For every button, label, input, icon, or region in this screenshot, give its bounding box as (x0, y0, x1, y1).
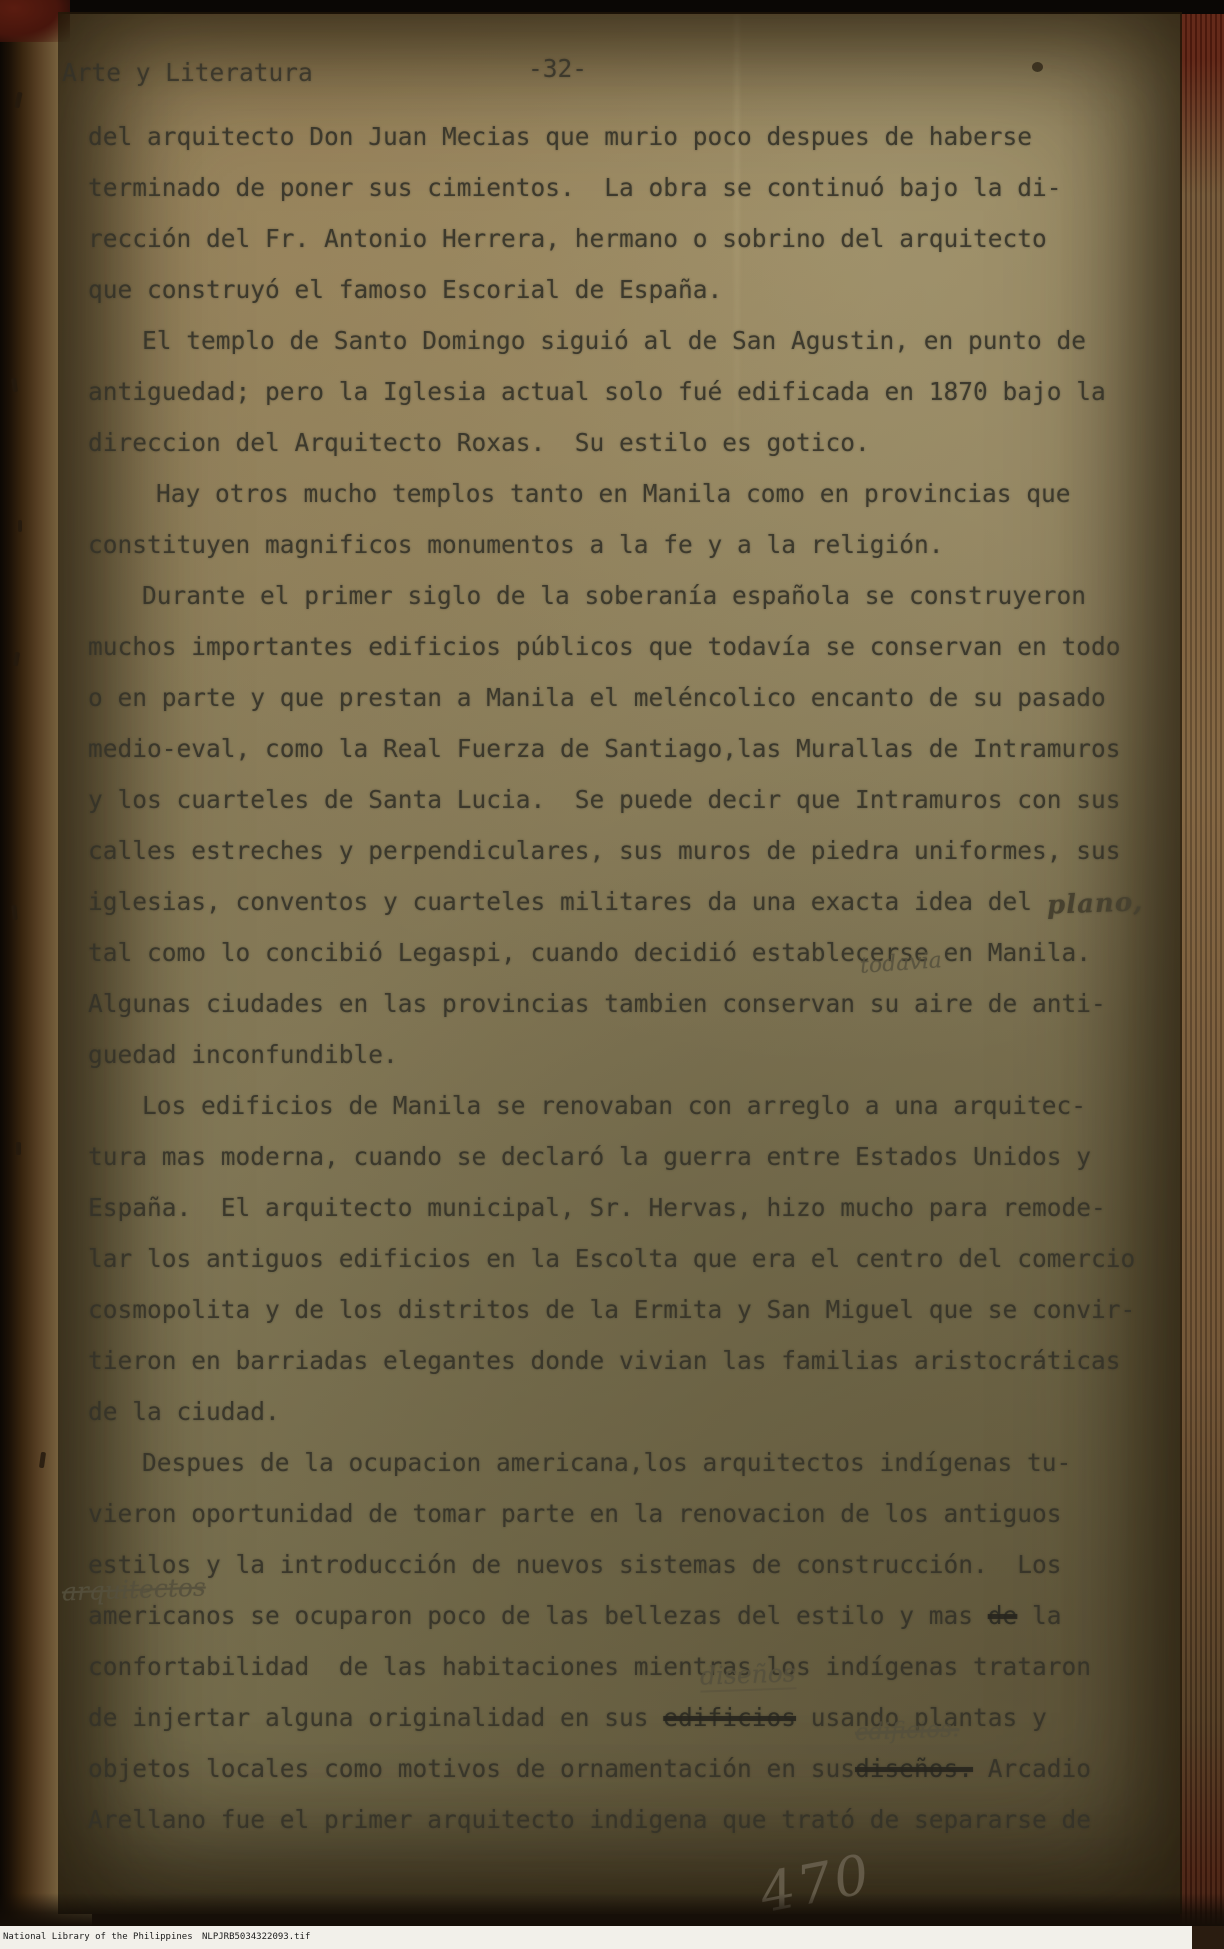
pencil-insert-plano: plano, (1046, 889, 1143, 918)
typed-line-25: tieron en barriadas elegantes donde vivi… (88, 1349, 1121, 1374)
footer-right-corner (1192, 1926, 1224, 1949)
typed-line-02: terminado de poner sus cimientos. La obr… (88, 176, 1062, 201)
pencil-note-disenos: diseños (699, 1658, 796, 1692)
typed-segment: de injertar alguna originalidad en sus (88, 1703, 663, 1732)
typed-line-18: Algunas ciudades en las provincias tambi… (88, 992, 1106, 1017)
typed-segment: objetos locales como motivos de ornament… (88, 1754, 855, 1783)
typed-line-24: cosmopolita y de los distritos de la Erm… (88, 1298, 1135, 1323)
typed-line-08: Hay otros mucho templos tanto en Manila … (156, 482, 1071, 507)
typed-segment: iglesias, conventos y cuarteles militare… (88, 887, 1047, 916)
ink-speck (1032, 62, 1043, 72)
typed-segment: americanos se ocuparon poco de las belle… (88, 1601, 988, 1630)
header-page-number: -32- (528, 54, 587, 83)
typed-line-23: lar los antiguos edificios en la Escolta… (88, 1247, 1135, 1272)
typed-line-10: Durante el primer siglo de la soberanía … (142, 584, 1086, 609)
typed-line-19: guedad inconfundible. (88, 1043, 398, 1068)
typed-line-09: constituyen magnificos monumentos a la f… (88, 533, 944, 558)
typed-line-21: tura mas moderna, cuando se declaró la g… (88, 1145, 1091, 1170)
edge-mark (18, 520, 22, 532)
typed-segment: Arcadio (973, 1754, 1091, 1783)
typed-line-01: del arquitecto Don Juan Mecias que murio… (88, 125, 1032, 150)
typed-line-05: El templo de Santo Domingo siguió al de … (142, 329, 1086, 354)
scan-filename: NLPJRB5034322093.tif (202, 1926, 310, 1949)
header-section-title: Arte y Literatura (62, 58, 313, 87)
typed-line-26: de la ciudad. (88, 1400, 280, 1425)
typed-line-27: Despues de la ocupacion americana,los ar… (142, 1451, 1071, 1476)
typed-line-20: Los edificios de Manila se renovaban con… (142, 1094, 1086, 1119)
typed-line-11: muchos importantes edificios públicos qu… (88, 635, 1121, 660)
struck-word-de: de (988, 1601, 1018, 1630)
typed-line-30: americanos se ocuparon poco de las belle… (88, 1604, 1062, 1629)
page-bottom-shadow (0, 1893, 1224, 1926)
typed-line-22: España. El arquitecto municipal, Sr. Her… (88, 1196, 1106, 1221)
typed-segment: la (1017, 1601, 1061, 1630)
typed-line-15: calles estreches y perpendiculares, sus … (88, 839, 1121, 864)
typed-line-06: antiguedad; pero la Iglesia actual solo … (88, 380, 1106, 405)
pencil-note-arquitectos: arquitectos (62, 1573, 207, 1607)
typed-line-04: que construyó el famoso Escorial de Espa… (88, 278, 722, 303)
typed-line-07: direccion del Arquitecto Roxas. Su estil… (88, 431, 870, 456)
photo-top-border (0, 0, 1224, 14)
typed-line-13: medio-eval, como la Real Fuerza de Santi… (88, 737, 1121, 762)
struck-word-edificios: edificios (663, 1703, 796, 1732)
scan-footer-bar: National Library of the Philippines NLPJ… (0, 1926, 1192, 1949)
typed-line-16: iglesias, conventos y cuarteles militare… (88, 890, 1143, 917)
typed-line-14: y los cuarteles de Santa Lucia. Se puede… (88, 788, 1121, 813)
typed-line-33: objetos locales como motivos de ornament… (88, 1757, 1091, 1782)
scanned-page-photo: Arte y Literatura -32- del arquitecto Do… (0, 0, 1224, 1949)
typed-line-03: rección del Fr. Antonio Herrera, hermano… (88, 227, 1047, 252)
library-credit: National Library of the Philippines (3, 1926, 193, 1949)
pencil-note-edificios: edificios. (855, 1716, 960, 1746)
typed-line-34: Arellano fue el primer arquitecto indige… (88, 1808, 1091, 1833)
edge-mark (16, 1142, 21, 1155)
typed-line-31: confortabilidad de las habitaciones mien… (88, 1655, 1091, 1680)
typed-line-12: o en parte y que prestan a Manila el mel… (88, 686, 1106, 711)
typed-line-29: estilos y la introducción de nuevos sist… (88, 1553, 1062, 1578)
binding-corner (0, 0, 70, 42)
struck-word-disenos: diseños. (855, 1754, 973, 1783)
typed-line-28: vieron oportunidad de tomar parte en la … (88, 1502, 1062, 1527)
page-stack-edge (1180, 0, 1224, 1949)
